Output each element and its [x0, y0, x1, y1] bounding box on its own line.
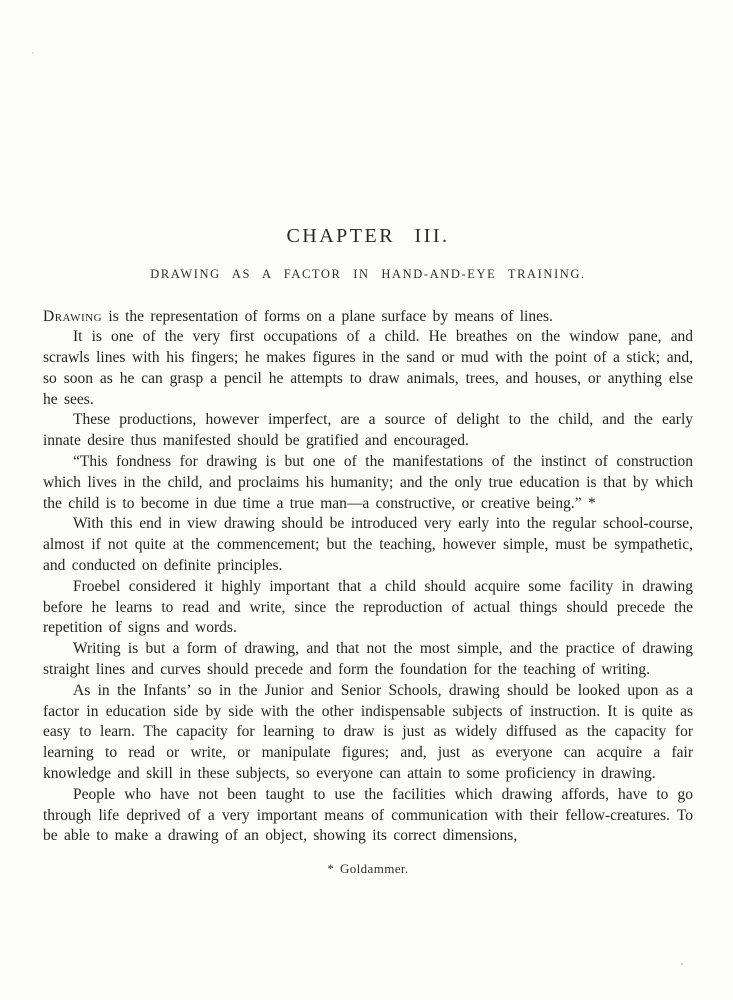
chapter-heading: CHAPTER III.	[43, 0, 693, 246]
body-text: Drawing is the representation of forms o…	[43, 307, 693, 848]
paragraph-writing-form-of-drawing: Writing is but a form of drawing, and th…	[43, 639, 693, 681]
paragraph-drawing-definition: Drawing is the representation of forms o…	[43, 307, 693, 328]
paragraph-infants-junior-senior: As in the Infants’ so in the Junior and …	[43, 681, 693, 785]
paragraph-first-occupations: It is one of the very first occupations …	[43, 327, 693, 410]
paragraph-school-course: With this end in view drawing should be …	[43, 514, 693, 576]
book-page: CHAPTER III. DRAWING AS A FACTOR IN HAND…	[0, 0, 733, 1000]
paragraph-productions-delight: These productions, however imperfect, ar…	[43, 410, 693, 452]
paragraph-people-not-taught: People who have not been taught to use t…	[43, 785, 693, 847]
text-column: CHAPTER III. DRAWING AS A FACTOR IN HAND…	[43, 0, 693, 877]
scan-speck	[681, 963, 683, 965]
paragraph-froebel: Froebel considered it highly important t…	[43, 577, 693, 639]
footnote-goldammer: * Goldammer.	[43, 861, 693, 877]
scan-speck	[32, 52, 34, 54]
paragraph-fondness-quote: “This fondness for drawing is but one of…	[43, 452, 693, 514]
paragraph-lead-word: Drawing	[43, 308, 102, 325]
chapter-subtitle: DRAWING AS A FACTOR IN HAND-AND-EYE TRAI…	[43, 268, 693, 281]
paragraph-text: is the representation of forms on a plan…	[102, 308, 553, 325]
